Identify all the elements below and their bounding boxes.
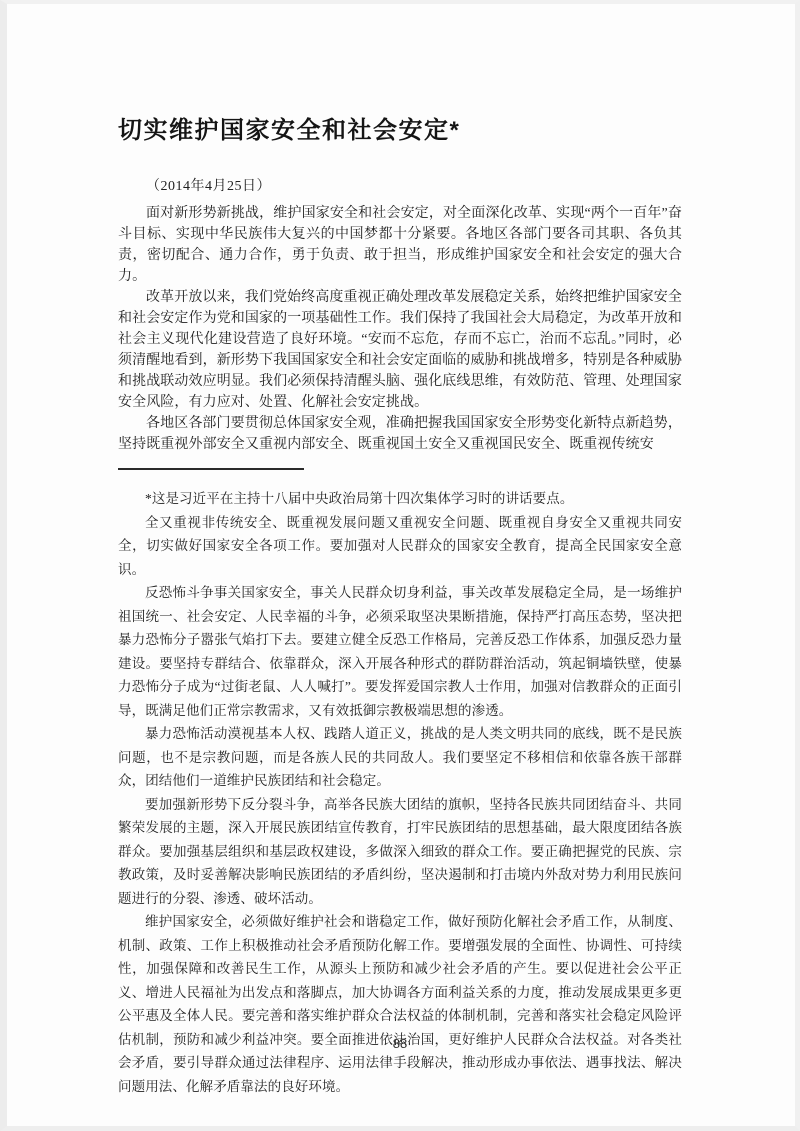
footnote-paragraph: 要加强新形势下反分裂斗争，高举各民族大团结的旗帜，坚持各民族共同团结奋斗、共同繁… [118, 793, 682, 911]
speech-date: （2014年4月25日） [118, 176, 682, 197]
page-title: 切实维护国家安全和社会安定* [118, 116, 682, 146]
footnote-paragraph: 维护国家安全，必须做好维护社会和谐稳定工作，做好预防化解社会矛盾工作，从制度、机… [118, 910, 682, 1098]
footnote-paragraph: 全又重视非传统安全、既重视发展问题又重视安全问题、既重视自身安全又重视共同安全，… [118, 511, 682, 582]
body-paragraph: 改革开放以来，我们党始终高度重视正确处理改革发展稳定关系，始终把维护国家安全和社… [118, 287, 682, 413]
document-page: { "document": { "title": "切实维护国家安全和社会安定*… [0, 0, 800, 1131]
page-number: 88 [0, 1036, 800, 1051]
footnote-text: *这是习近平在主持十八届中央政治局第十四次集体学习时的讲话要点。 [118, 487, 682, 511]
page-content: 切实维护国家安全和社会安定* （2014年4月25日） 面对新形势新挑战，维护国… [118, 116, 682, 1098]
footnote-separator [118, 468, 304, 470]
footnote-continuation-paragraphs: 全又重视非传统安全、既重视发展问题又重视安全问题、既重视自身安全又重视共同安全，… [118, 511, 682, 1099]
body-paragraph: 各地区各部门要贯彻总体国家安全观，准确把握我国国家安全形势变化新特点新趋势，坚持… [118, 413, 682, 455]
footnote-paragraph: 反恐怖斗争事关国家安全，事关人民群众切身利益，事关改革发展稳定全局，是一场维护祖… [118, 581, 682, 722]
body-paragraph: 面对新形势新挑战，维护国家安全和社会安定，对全面深化改革、实现“两个一百年”奋斗… [118, 203, 682, 287]
body-paragraphs: 面对新形势新挑战，维护国家安全和社会安定，对全面深化改革、实现“两个一百年”奋斗… [118, 203, 682, 455]
footnote-paragraph: 暴力恐怖活动漠视基本人权、践踏人道正义，挑战的是人类文明共同的底线，既不是民族问… [118, 722, 682, 793]
